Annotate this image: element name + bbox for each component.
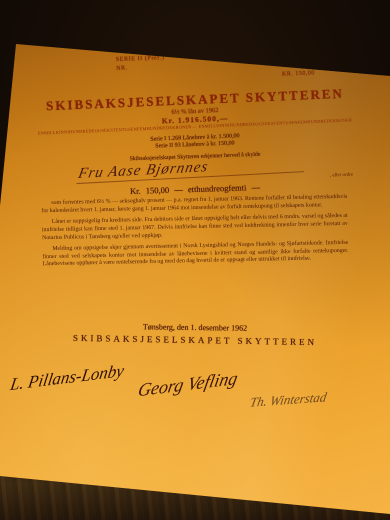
paragraph-redemption: Lånet er uoppsigelig fra kreditors side.… (42, 213, 348, 243)
terms-text-block: som forrentes med 6½ % — seksoghalv pros… (41, 194, 348, 273)
photo-of-loan-certificate: SERIE II (Pref.) NR. KR. 150,00 SKIBSAKS… (0, 0, 390, 520)
certificate-paper: SERIE II (Pref.) NR. KR. 150,00 SKIBSAKS… (0, 0, 390, 520)
nr-line: NR. (116, 63, 165, 74)
serie-line: SERIE II (Pref.) (116, 54, 165, 65)
payee-suffix: , eller ordre (330, 173, 353, 179)
serial-block: SERIE II (Pref.) NR. (116, 54, 165, 74)
paragraph-notice: Melding om oppsigelse skjer gjennom aver… (42, 240, 348, 270)
nominal-value-top-right: KR. 150,00 (282, 70, 315, 77)
